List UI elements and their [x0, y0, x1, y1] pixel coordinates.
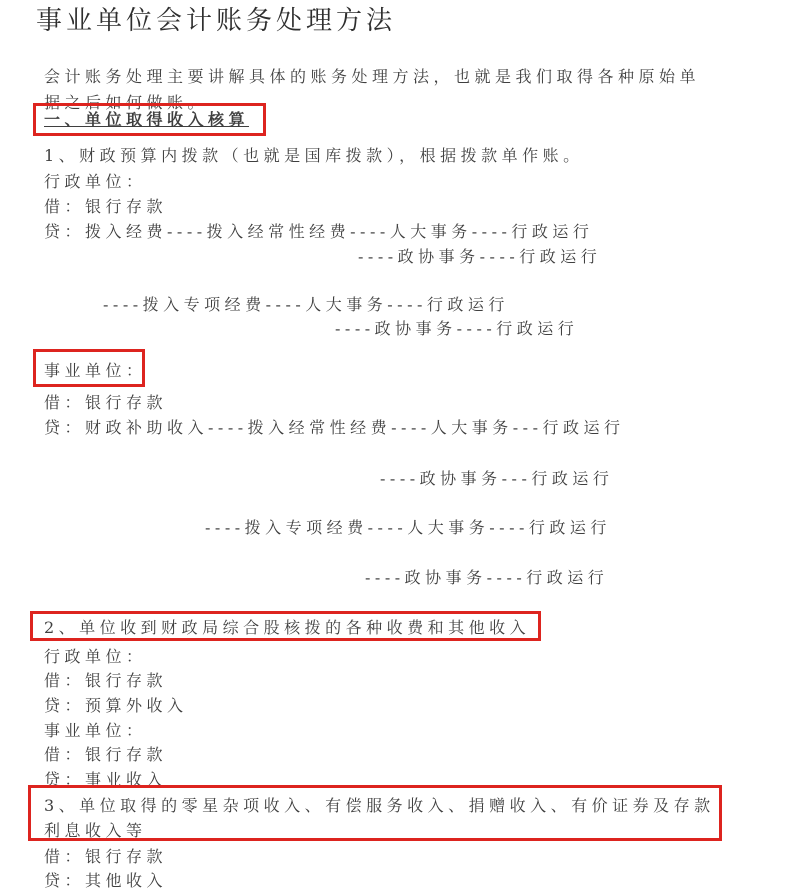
admin-credit-detail-line: ----政协事务----行政运行 [358, 246, 601, 267]
item2-institution-unit-label: 事业单位： [44, 720, 147, 741]
institution-debit-line: 借：银行存款 [44, 392, 167, 413]
admin-credit-detail-line: ----拨入专项经费----人大事务----行政运行 [103, 294, 509, 315]
admin-unit-label: 行政单位： [44, 171, 147, 192]
item3-debit-line: 借：银行存款 [44, 846, 167, 867]
highlight-box-item3: 3、单位取得的零星杂项收入、有偿服务收入、捐赠收入、有价证券及存款 利息收入等 [28, 785, 722, 841]
highlight-box-item2: 2、单位收到财政局综合股核拨的各种收费和其他收入 [30, 611, 541, 641]
item3-line-1: 3、单位取得的零星杂项收入、有偿服务收入、捐赠收入、有价证券及存款 [44, 793, 719, 818]
section1-heading: 一、单位取得收入核算 [44, 110, 249, 129]
intro-line-1: 会计账务处理主要讲解具体的账务处理方法，也就是我们取得各种原始单 [44, 66, 700, 87]
item2-institution-debit-line: 借：银行存款 [44, 744, 167, 765]
admin-credit-line: 贷：拨入经费----拨入经常性经费----人大事务----行政运行 [44, 221, 593, 242]
item2-admin-credit-line: 贷：预算外收入 [44, 695, 188, 716]
item2-admin-unit-label: 行政单位： [44, 646, 147, 667]
institution-credit-detail-line: ----拨入专项经费----人大事务----行政运行 [205, 517, 611, 538]
highlight-box-institution-label: 事业单位： [33, 349, 145, 387]
highlight-box-section1-heading: 一、单位取得收入核算 [33, 103, 266, 136]
admin-debit-line: 借：银行存款 [44, 196, 167, 217]
item3-credit-line: 贷：其他收入 [44, 870, 167, 889]
institution-credit-detail-line: ----政协事务----行政运行 [365, 567, 608, 588]
item2-line: 2、单位收到财政局综合股核拨的各种收费和其他收入 [44, 618, 530, 637]
institution-unit-label: 事业单位： [44, 361, 147, 380]
institution-credit-line: 贷：财政补助收入----拨入经常性经费----人大事务---行政运行 [44, 417, 624, 438]
document-page: 事业单位会计账务处理方法 会计账务处理主要讲解具体的账务处理方法，也就是我们取得… [0, 0, 786, 889]
item3-line-2: 利息收入等 [44, 818, 719, 843]
admin-credit-detail-line: ----政协事务----行政运行 [335, 318, 578, 339]
item1-line: 1、财政预算内拨款（也就是国库拨款），根据拨款单作账。 [44, 145, 584, 166]
item2-admin-debit-line: 借：银行存款 [44, 670, 167, 691]
doc-title: 事业单位会计账务处理方法 [36, 6, 396, 36]
institution-credit-detail-line: ----政协事务---行政运行 [380, 468, 613, 489]
